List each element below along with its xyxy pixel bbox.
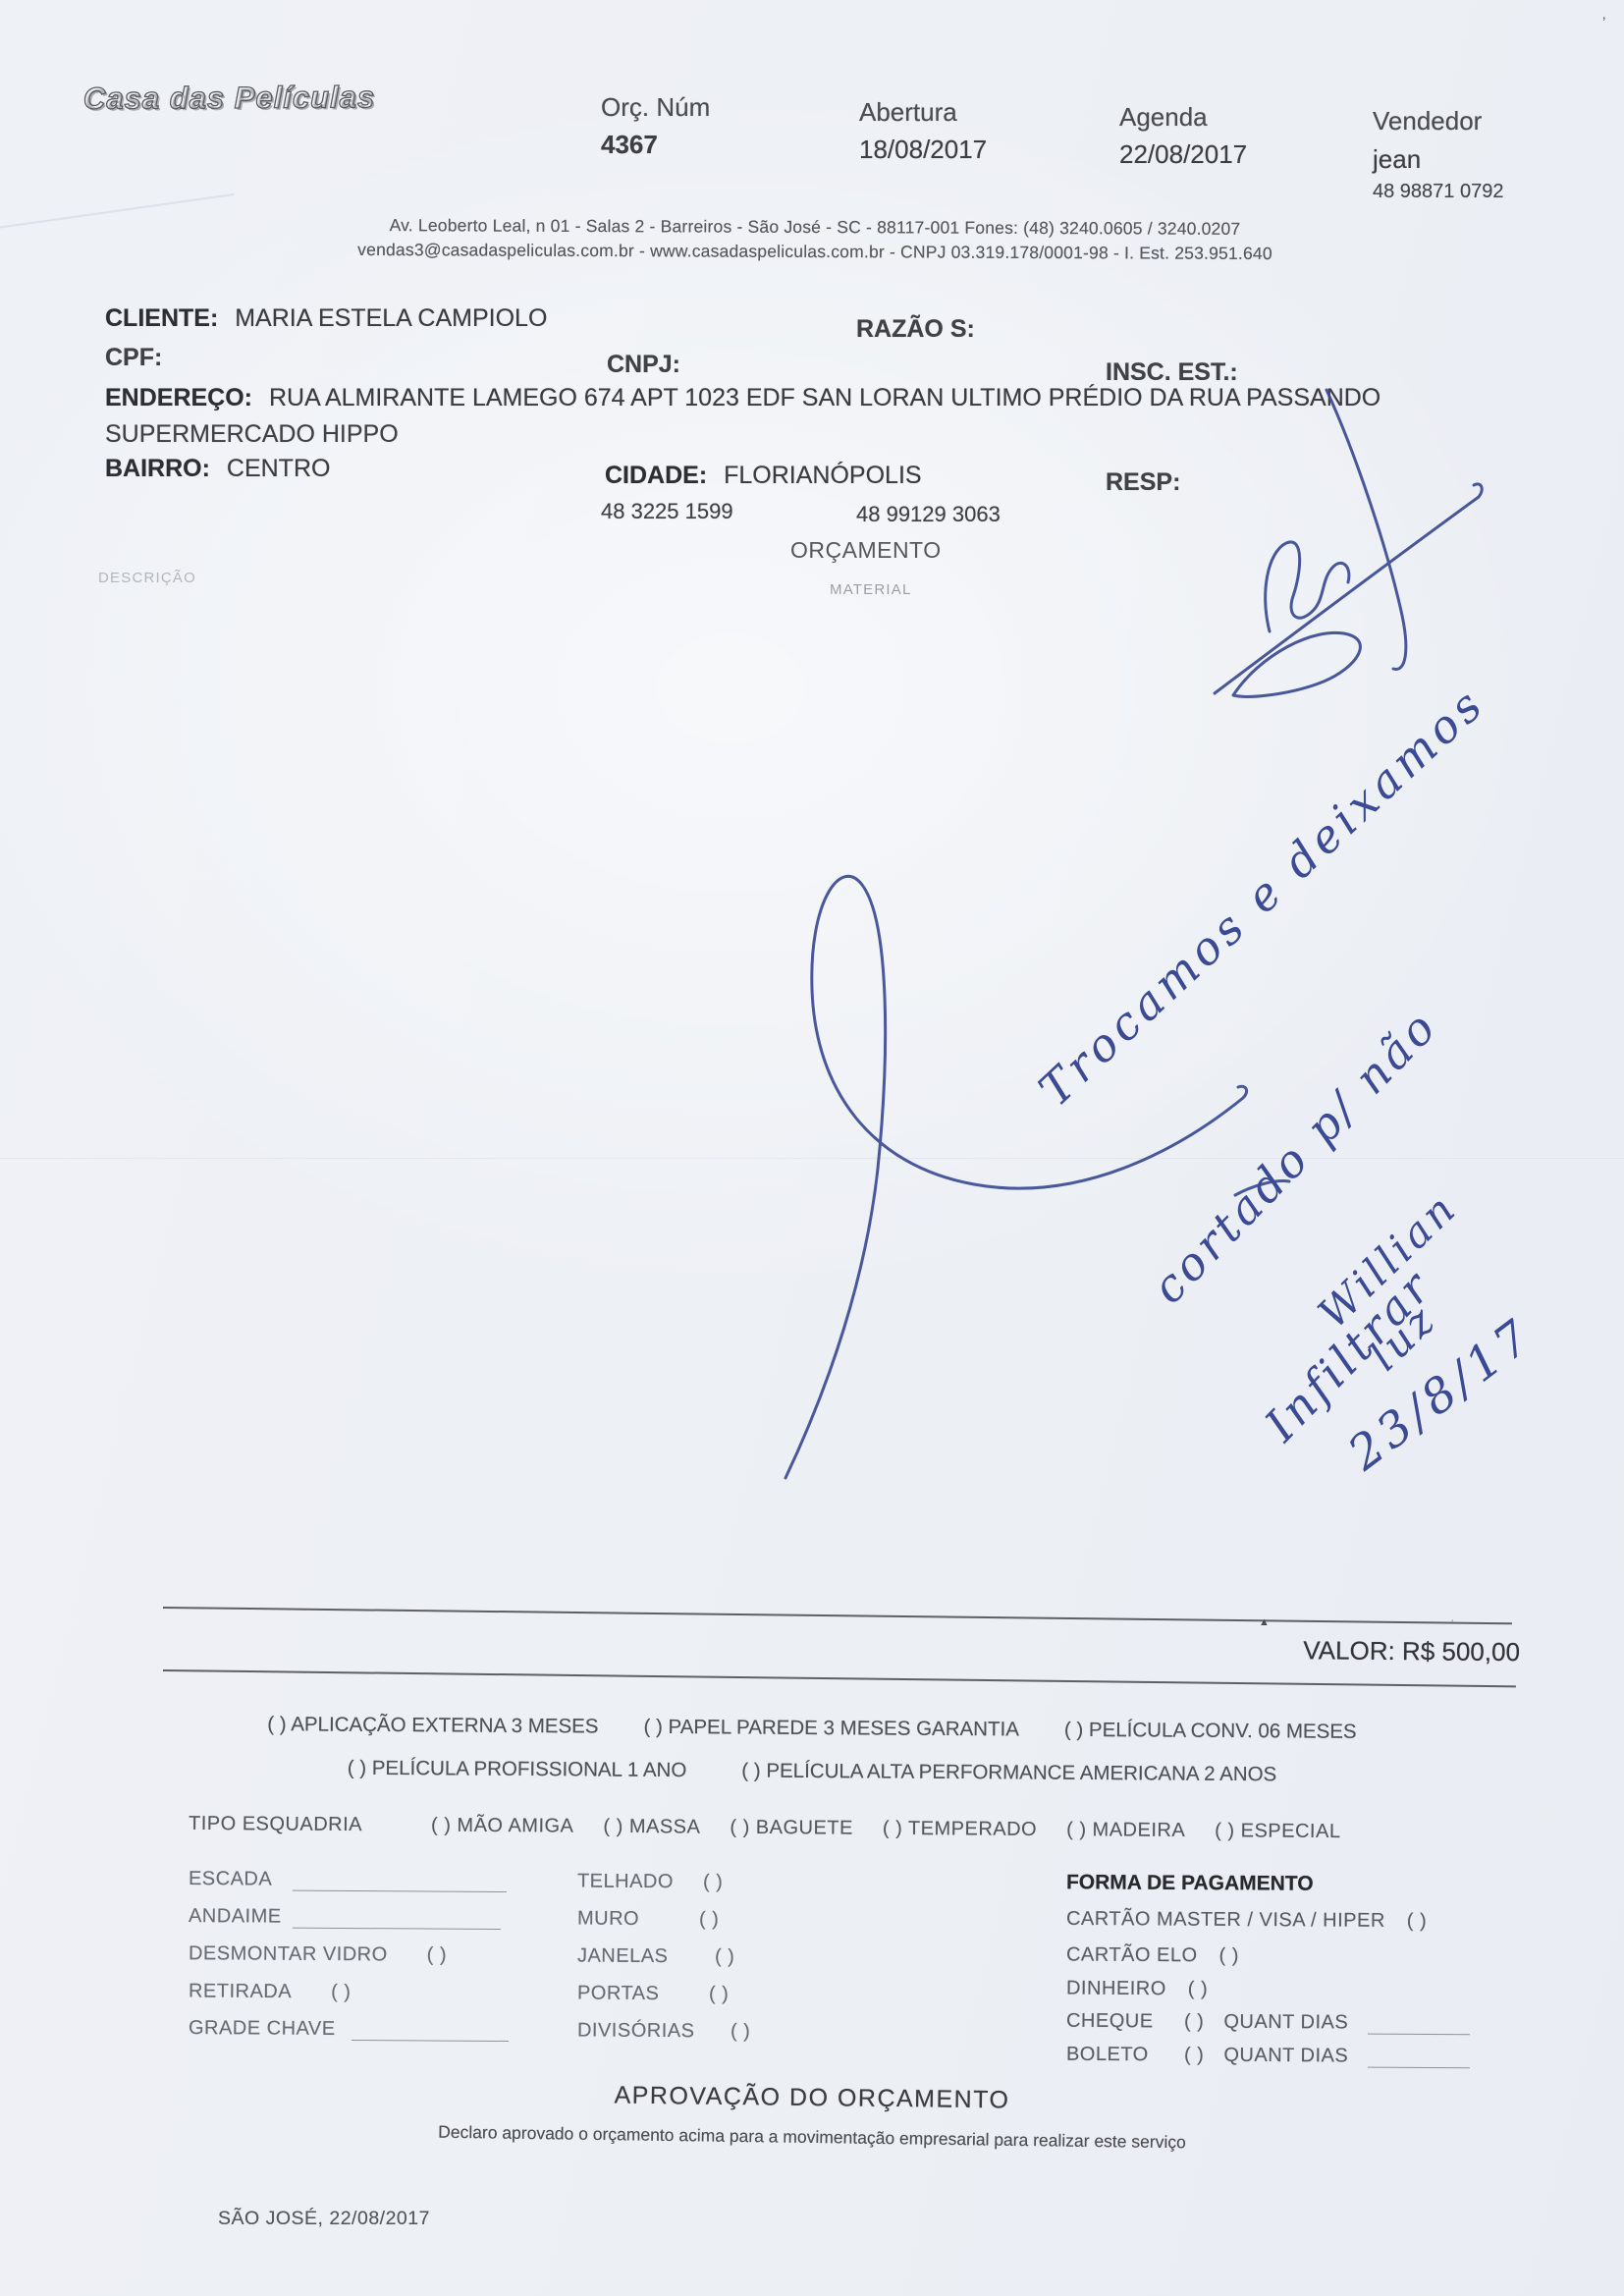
payment-label: DINHEIRO (1066, 1978, 1166, 2001)
checkbox: ( ) (715, 1945, 735, 1968)
esquadria-option: ( ) MASSA (603, 1816, 700, 1839)
fill-in-line (1368, 2050, 1470, 2069)
checkbox: ( ) (1188, 1978, 1209, 2000)
quant-dias-label: QUANT DIAS (1223, 2011, 1348, 2035)
service-row-divisorias: DIVISÓRIAS ( ) (577, 2019, 751, 2043)
quant-dias-label: QUANT DIAS (1223, 2045, 1348, 2068)
service-label: GRADE CHAVE (189, 2017, 352, 2041)
checkbox: ( ) (1184, 2010, 1205, 2033)
checkbox: ( ) (1184, 2044, 1205, 2066)
checkbox: ( ) (709, 1983, 730, 2005)
signature-slash-stroke (1215, 484, 1482, 693)
payment-label: BOLETO (1066, 2044, 1164, 2067)
warranty-option: ( ) PELÍCULA PROFISSIONAL 1 ANO (348, 1757, 687, 1782)
service-label: DIVISÓRIAS (577, 2019, 731, 2043)
esquadria-option: ( ) BAGUETE (730, 1817, 853, 1840)
payment-title: FORMA DE PAGAMENTO (1066, 1871, 1314, 1896)
scanned-budget-form: Casa das Películas ʼ Orç. Núm 4367 Abert… (0, 0, 1624, 2296)
service-row-andaime: ANDAIME (189, 1905, 501, 1930)
service-label: TELHADO (577, 1871, 703, 1894)
checkbox: ( ) (731, 2020, 751, 2043)
service-label: JANELAS (577, 1945, 715, 1969)
service-row-muro: MURO ( ) (577, 1908, 720, 1932)
esquadria-option: ( ) MADEIRA (1066, 1819, 1185, 1842)
service-row-portas: PORTAS ( ) (577, 1983, 730, 2006)
fill-in-line (352, 2022, 509, 2042)
esquadria-option: ( ) TEMPERADO (883, 1818, 1037, 1841)
tipo-esquadria-label: TIPO ESQUADRIA (189, 1813, 362, 1836)
signature-curl-stroke (1266, 542, 1349, 631)
service-row-retirada: RETIRADA ( ) (189, 1980, 352, 2003)
checkbox: ( ) (703, 1871, 724, 1893)
service-label: ANDAIME (189, 1905, 293, 1929)
signature-tall-stroke (1326, 390, 1406, 669)
payment-row-boleto: BOLETO ( ) QUANT DIAS (1066, 2044, 1470, 2069)
fill-in-line (293, 1873, 507, 1892)
payment-row-cartao-master: CARTÃO MASTER / VISA / HIPER ( ) (1066, 1908, 1427, 1933)
payment-label: CHEQUE (1066, 2010, 1164, 2034)
checkbox: ( ) (331, 1981, 352, 2003)
checkbox: ( ) (699, 1908, 720, 1931)
service-row-escada: ESCADA (189, 1868, 507, 1892)
service-label: PORTAS (577, 1983, 709, 2006)
scan-noise-tick: ʹ (1451, 1616, 1453, 1631)
esquadria-option: ( ) MÃO AMIGA (431, 1815, 574, 1838)
service-label: MURO (577, 1908, 699, 1932)
fill-in-line (1368, 2016, 1470, 2036)
warranty-option: ( ) PAPEL PAREDE 3 MESES GARANTIA (643, 1716, 1019, 1742)
arrow-mark: ▲ (1259, 1616, 1270, 1628)
warranty-option: ( ) PELÍCULA ALTA PERFORMANCE AMERICANA … (741, 1759, 1276, 1786)
service-label: RETIRADA (189, 1980, 292, 2003)
service-row-desmontar-vidro: DESMONTAR VIDRO ( ) (189, 1942, 447, 1967)
checkbox: ( ) (1218, 1944, 1239, 1967)
service-label: DESMONTAR VIDRO (189, 1942, 388, 1966)
warranty-option: ( ) APLICAÇÃO EXTERNA 3 MESES (267, 1713, 598, 1738)
footer-city-date: SÃO JOSÉ, 22/08/2017 (218, 2208, 430, 2230)
payment-row-cartao-elo: CARTÃO ELO ( ) (1066, 1943, 1239, 1967)
checkbox: ( ) (427, 1944, 448, 1967)
service-row-janelas: JANELAS ( ) (577, 1945, 735, 1969)
esquadria-option: ( ) ESPECIAL (1215, 1820, 1340, 1843)
service-row-grade-chave: GRADE CHAVE (189, 2017, 509, 2042)
service-label: ESCADA (189, 1868, 293, 1891)
payment-label: CARTÃO ELO (1066, 1943, 1198, 1967)
warranty-option: ( ) PELÍCULA CONV. 06 MESES (1064, 1719, 1357, 1744)
payment-label: CARTÃO MASTER / VISA / HIPER (1066, 1908, 1385, 1933)
fill-in-line (293, 1910, 501, 1930)
checkbox: ( ) (1407, 1910, 1428, 1933)
service-row-telhado: TELHADO ( ) (577, 1871, 724, 1894)
payment-row-cheque: CHEQUE ( ) QUANT DIAS (1066, 2010, 1470, 2036)
payment-row-dinheiro: DINHEIRO ( ) (1066, 1978, 1208, 2001)
valor-total: VALOR: R$ 500,00 (1257, 1635, 1520, 1667)
